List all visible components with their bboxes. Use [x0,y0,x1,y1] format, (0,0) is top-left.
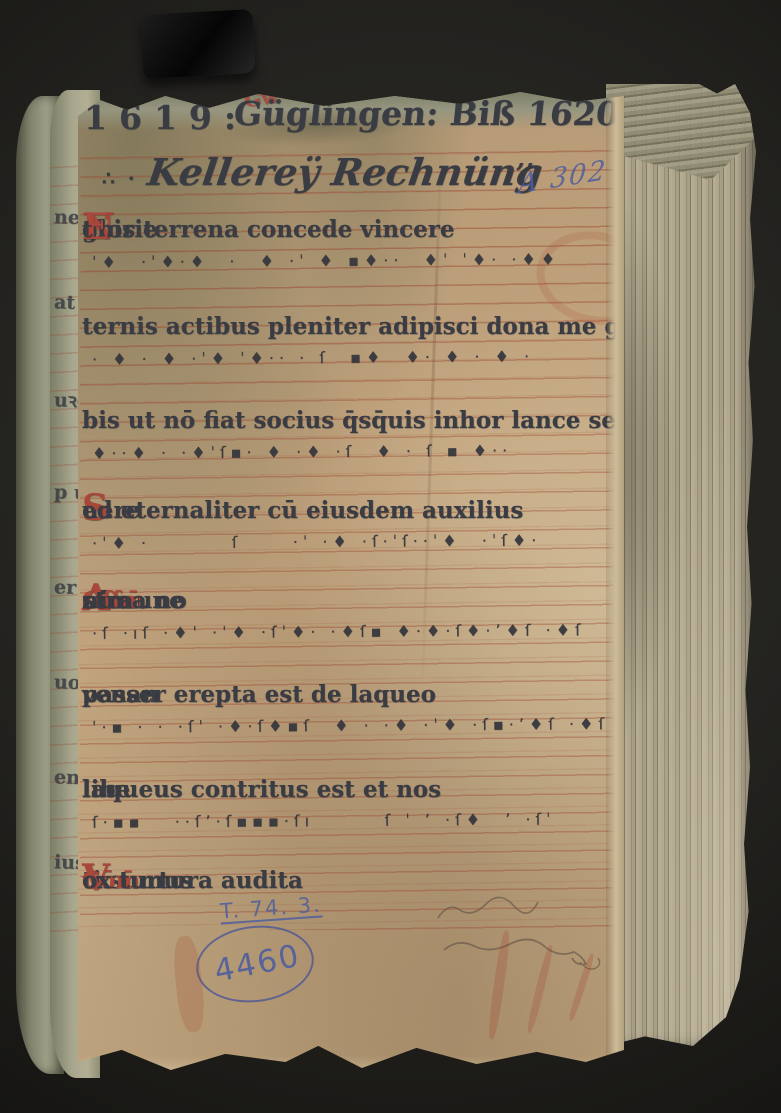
neume-row: ·ˈ♦ · ſ ·ˈ ·♦ ·ſ·ˈſ··ˈ♦ ·ˈſ♦· [92,530,622,553]
neume-row: ·ſ ·ıſ ·♦ˈ ·ˈ♦ ·ſˈ♦· ·♦ſ▪ ♦·♦·ſ♦·ʼ♦ſ ·♦ſ [92,620,622,643]
page-fore-edge [606,84,756,1046]
chant-word: libe [82,775,130,805]
title-year: 1619: [84,98,248,137]
chant-word: venan [82,680,158,710]
chant-word: ternis actibus pleniter adipisci dona me… [82,312,647,342]
chant-word: ed eternaliter cū eiusdem auxilius [82,496,523,526]
chant-line: passer erepta est de laqueo venanˈ·▪ · ·… [82,680,612,772]
photo-stage: neatuꝛop uiler dōuorenius 1619: Gw Gügli… [0,0,781,1113]
subtitle-neume-dots: ∴ · [102,166,138,190]
neume-row: ſ·▪▪ ··ſʼ·ſ▪▪▪·ſı ſ ˈ ʼ ·ſ♦ ʼ ·ſˈ [92,809,622,832]
chant-word: stra [82,586,133,616]
chant-word: ox turtura audita [82,866,303,896]
neume-row: ♦··♦ · ·♦ˈſ▪· ♦ ·♦ ·ſ ♦ · ſ ▪ ♦·· [92,440,622,463]
neume-row: ˈ·▪ · · ·ſˈ ·♦·ſ♦▪ſ ♦ · ·♦ ·ˈ♦ ·ſ▪·ʼ♦ſ ·… [92,714,622,737]
neume-row: · ♦ · ♦ ·ˈ♦ ˈ♦·· · ſ ▪♦ ♦· ♦ · ♦ · [92,346,622,369]
chant-line: cōmune Offm̄ Anima no stra·ſ ·ıſ ·♦ˈ ·ˈ♦… [82,586,612,678]
chant-line: uere Sed eternaliter cū eiusdem auxilius… [82,496,612,588]
cover-frayed-bottom-edge [78,1056,624,1086]
cover-turned-right-edge [606,84,624,1086]
chant-line: ternis actibus pleniter adipisci dona me… [82,312,612,404]
title-row: 1619: Gw Güglingen: Biß 1620. [84,94,612,144]
chant-line: laqueus contritus est et nos libeſ·▪▪ ··… [82,775,612,867]
chant-line: bis ut nō fiat socius q̄sq̄uis inhor lan… [82,406,612,498]
accession-number: 4460 [211,938,303,990]
black-clip [140,9,255,79]
chant-word: obis terrena concede vincere [82,215,463,245]
title-text: Güglingen: Biß 1620. [232,94,632,133]
fore-edge-top-flap [606,84,756,180]
chant-word: bis ut nō fiat socius q̄sq̄uis inhor lan… [82,406,616,436]
neume-row: ˈ♦ ·ˈ♦·♦ · ♦ ·ˈ ♦ ▪♦·· ♦ˈ ˈ♦· ·♦♦ [92,249,622,272]
parchment-cover: 1619: Gw Güglingen: Biß 1620. ∴ · Keller… [78,84,624,1086]
chant-word: t [82,215,93,245]
chant-line: glorie Nobis terrena concede vincere Etˈ… [82,215,612,307]
subtitle-text: Kellereÿ Rechnüng [145,150,545,194]
